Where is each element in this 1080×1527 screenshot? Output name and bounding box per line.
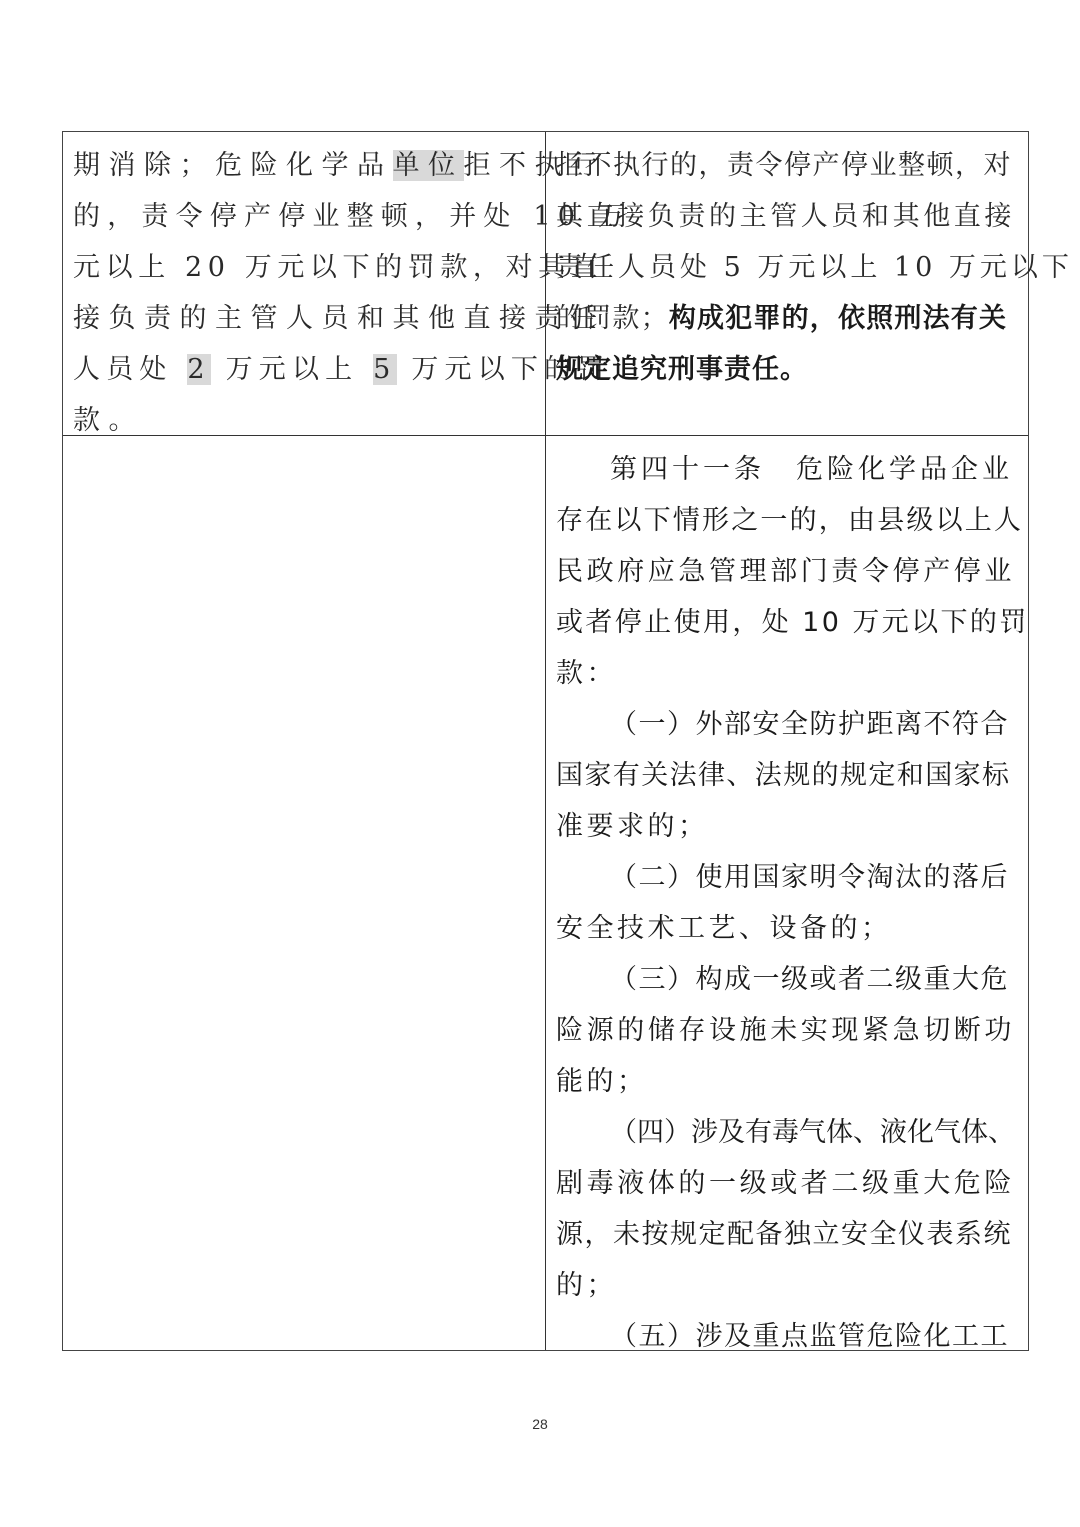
text-line: 接负责的主管人员和其他直接责任 (73, 293, 537, 344)
text-line: 险源的储存设施未实现紧急切断功 (556, 1005, 1022, 1056)
page-number: 28 (0, 1416, 1080, 1432)
text-line: 的； (556, 1260, 1022, 1311)
text-segment: 万元以上 (211, 354, 373, 385)
text-line: 准要求的； (556, 801, 1022, 852)
text-line: 民政府应急管理部门责令停产停业 (556, 546, 1022, 597)
text-segment: 期消除；危险化学品 (73, 150, 393, 181)
text-line: 剧毒液体的一级或者二级重大危险 (556, 1158, 1022, 1209)
table-cell-old-text-row2-empty (63, 436, 545, 1350)
table-cell-new-text-row2: 第四十一条 危险化学品企业 存在以下情形之一的，由县级以上人 民政府应急管理部门… (546, 436, 1030, 1350)
emphasized-text: 规定追究刑事责任。 (556, 344, 1022, 395)
list-item-3: （三）构成一级或者二级重大危 (556, 954, 1022, 1005)
text-line: 人员处 2 万元以上 5 万元以下的罚 (73, 344, 537, 395)
text-line: 期消除；危险化学品单位拒不执行 (73, 140, 537, 191)
list-item-1: （一）外部安全防护距离不符合 (556, 699, 1022, 750)
text-line: 能的； (556, 1056, 1022, 1107)
text-line: 其直接负责的主管人员和其他直接 (556, 191, 1022, 242)
highlighted-term: 单位 (393, 150, 464, 181)
text-segment: 的罚款； (556, 303, 669, 334)
list-item-4: （四）涉及有毒气体、液化气体、 (556, 1107, 1022, 1158)
text-line: 款： (556, 648, 1022, 699)
list-item-2: （二）使用国家明令淘汰的落后 (556, 852, 1022, 903)
article-heading: 第四十一条 危险化学品企业 (556, 444, 1022, 495)
text-line: 源，未按规定配备独立安全仪表系统 (556, 1209, 1022, 1260)
emphasized-text: 构成犯罪的，依照刑法有关 (669, 303, 1007, 334)
text-line: 的，责令停产停业整顿，并处 10 万 (73, 191, 537, 242)
text-segment: 人员处 (73, 354, 187, 385)
table-cell-new-text-row1: 拒不执行的，责令停产停业整顿，对 其直接负责的主管人员和其他直接 责任人员处 5… (546, 132, 1030, 435)
text-line: 的罚款；构成犯罪的，依照刑法有关 (556, 293, 1022, 344)
highlighted-term: 5 (373, 354, 396, 385)
text-line: 或者停止使用，处 10 万元以下的罚 (556, 597, 1022, 648)
table-cell-old-text-row1: 期消除；危险化学品单位拒不执行 的，责令停产停业整顿，并处 10 万 元以上 2… (63, 132, 545, 435)
comparison-table: 期消除；危险化学品单位拒不执行 的，责令停产停业整顿，并处 10 万 元以上 2… (62, 131, 1029, 1351)
list-item-5: （五）涉及重点监管危险化工工 (556, 1311, 1022, 1362)
text-line: 国家有关法律、法规的规定和国家标 (556, 750, 1022, 801)
text-line: 安全技术工艺、设备的； (556, 903, 1022, 954)
text-line: 存在以下情形之一的，由县级以上人 (556, 495, 1022, 546)
text-line: 拒不执行的，责令停产停业整顿，对 (556, 140, 1022, 191)
highlighted-term: 2 (187, 354, 210, 385)
text-line: 元以上 20 万元以下的罚款，对其直 (73, 242, 537, 293)
text-line: 责任人员处 5 万元以上 10 万元以下 (556, 242, 1022, 293)
